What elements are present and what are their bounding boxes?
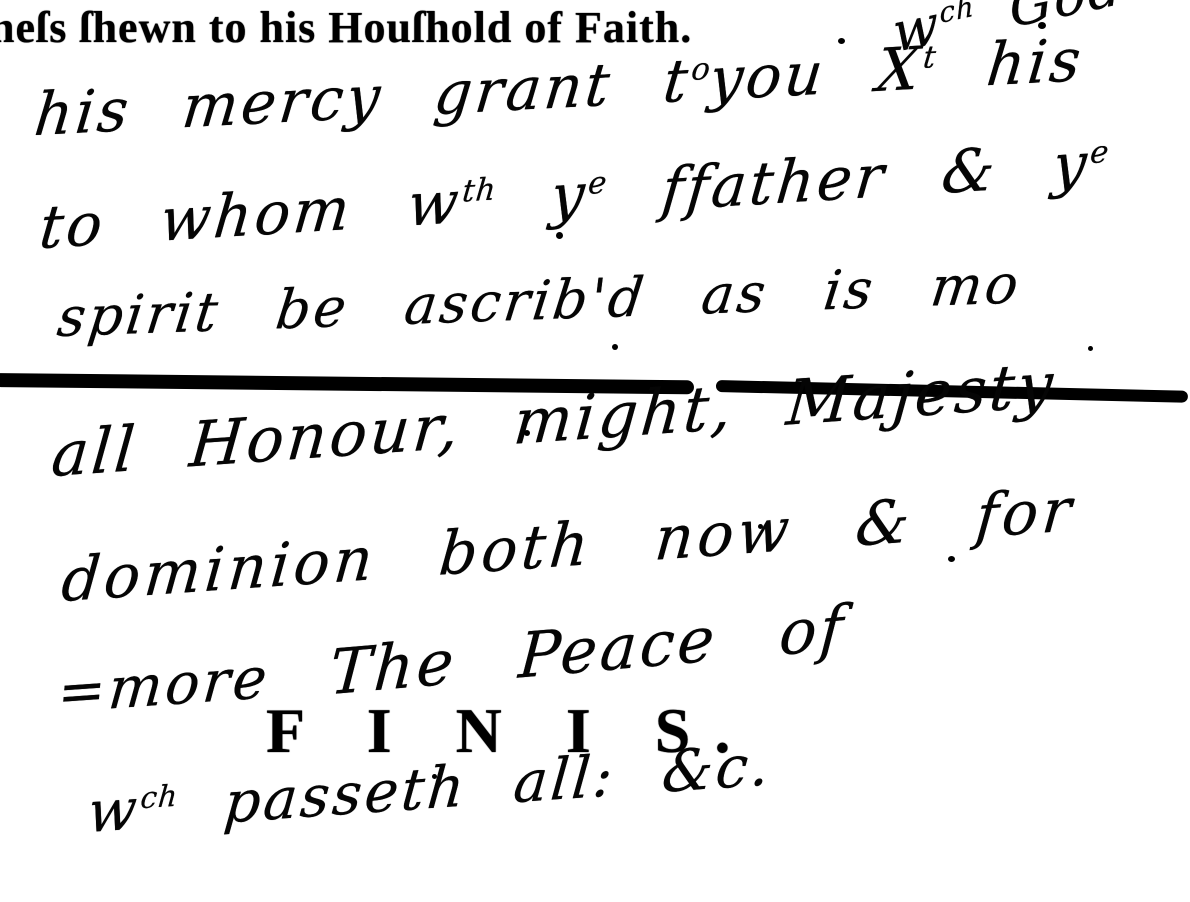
handwritten-line-5: dominion both now & for — [59, 475, 1078, 616]
text-run: The Peace of — [327, 591, 848, 710]
text-run: you X — [706, 33, 926, 114]
superscript-run: ch — [139, 778, 180, 816]
ink-speck — [1038, 22, 1046, 29]
ink-speck — [612, 344, 618, 350]
ink-speck — [1088, 346, 1093, 351]
superscript-run: e — [1089, 135, 1112, 171]
text-run: ffather & y — [603, 129, 1093, 228]
ink-speck — [838, 38, 845, 44]
handwritten-line-6-carryover: =more — [55, 645, 272, 726]
printed-header-text: neſs ſhewn to his Houſhold of Faith. — [0, 3, 692, 52]
text-run: all Honour, might, Majesty — [49, 348, 1059, 492]
ink-speck — [556, 232, 563, 239]
ink-speck — [432, 774, 437, 779]
handwritten-line-2: to whom wth ye ffather & ye — [37, 127, 1112, 262]
text-run: spirit be ascrib'd as is mo — [54, 252, 1025, 349]
text-run: y — [492, 159, 591, 234]
text-run: dominion both now & for — [59, 475, 1078, 616]
superscript-run: ch — [938, 0, 975, 30]
ink-speck — [758, 524, 763, 529]
text-run: his mercy grant t — [31, 45, 694, 149]
scanned-document-page: neſs ſhewn to his Houſhold of Faith. wch… — [0, 0, 1190, 902]
text-run: =more — [55, 645, 272, 726]
superscript-run: th — [461, 172, 498, 209]
printed-header-line: neſs ſhewn to his Houſhold of Faith. — [0, 2, 692, 53]
handwritten-line-6-continuation: The Peace of — [327, 591, 848, 710]
handwritten-line-3: spirit be ascrib'd as is mo — [54, 252, 1025, 349]
ink-speck — [948, 556, 955, 562]
ink-speck — [524, 430, 530, 436]
text-run: his — [932, 25, 1087, 102]
text-run: w — [85, 776, 142, 846]
text-run: to whom w — [37, 167, 465, 262]
handwritten-line-4: all Honour, might, Majesty — [49, 348, 1059, 492]
